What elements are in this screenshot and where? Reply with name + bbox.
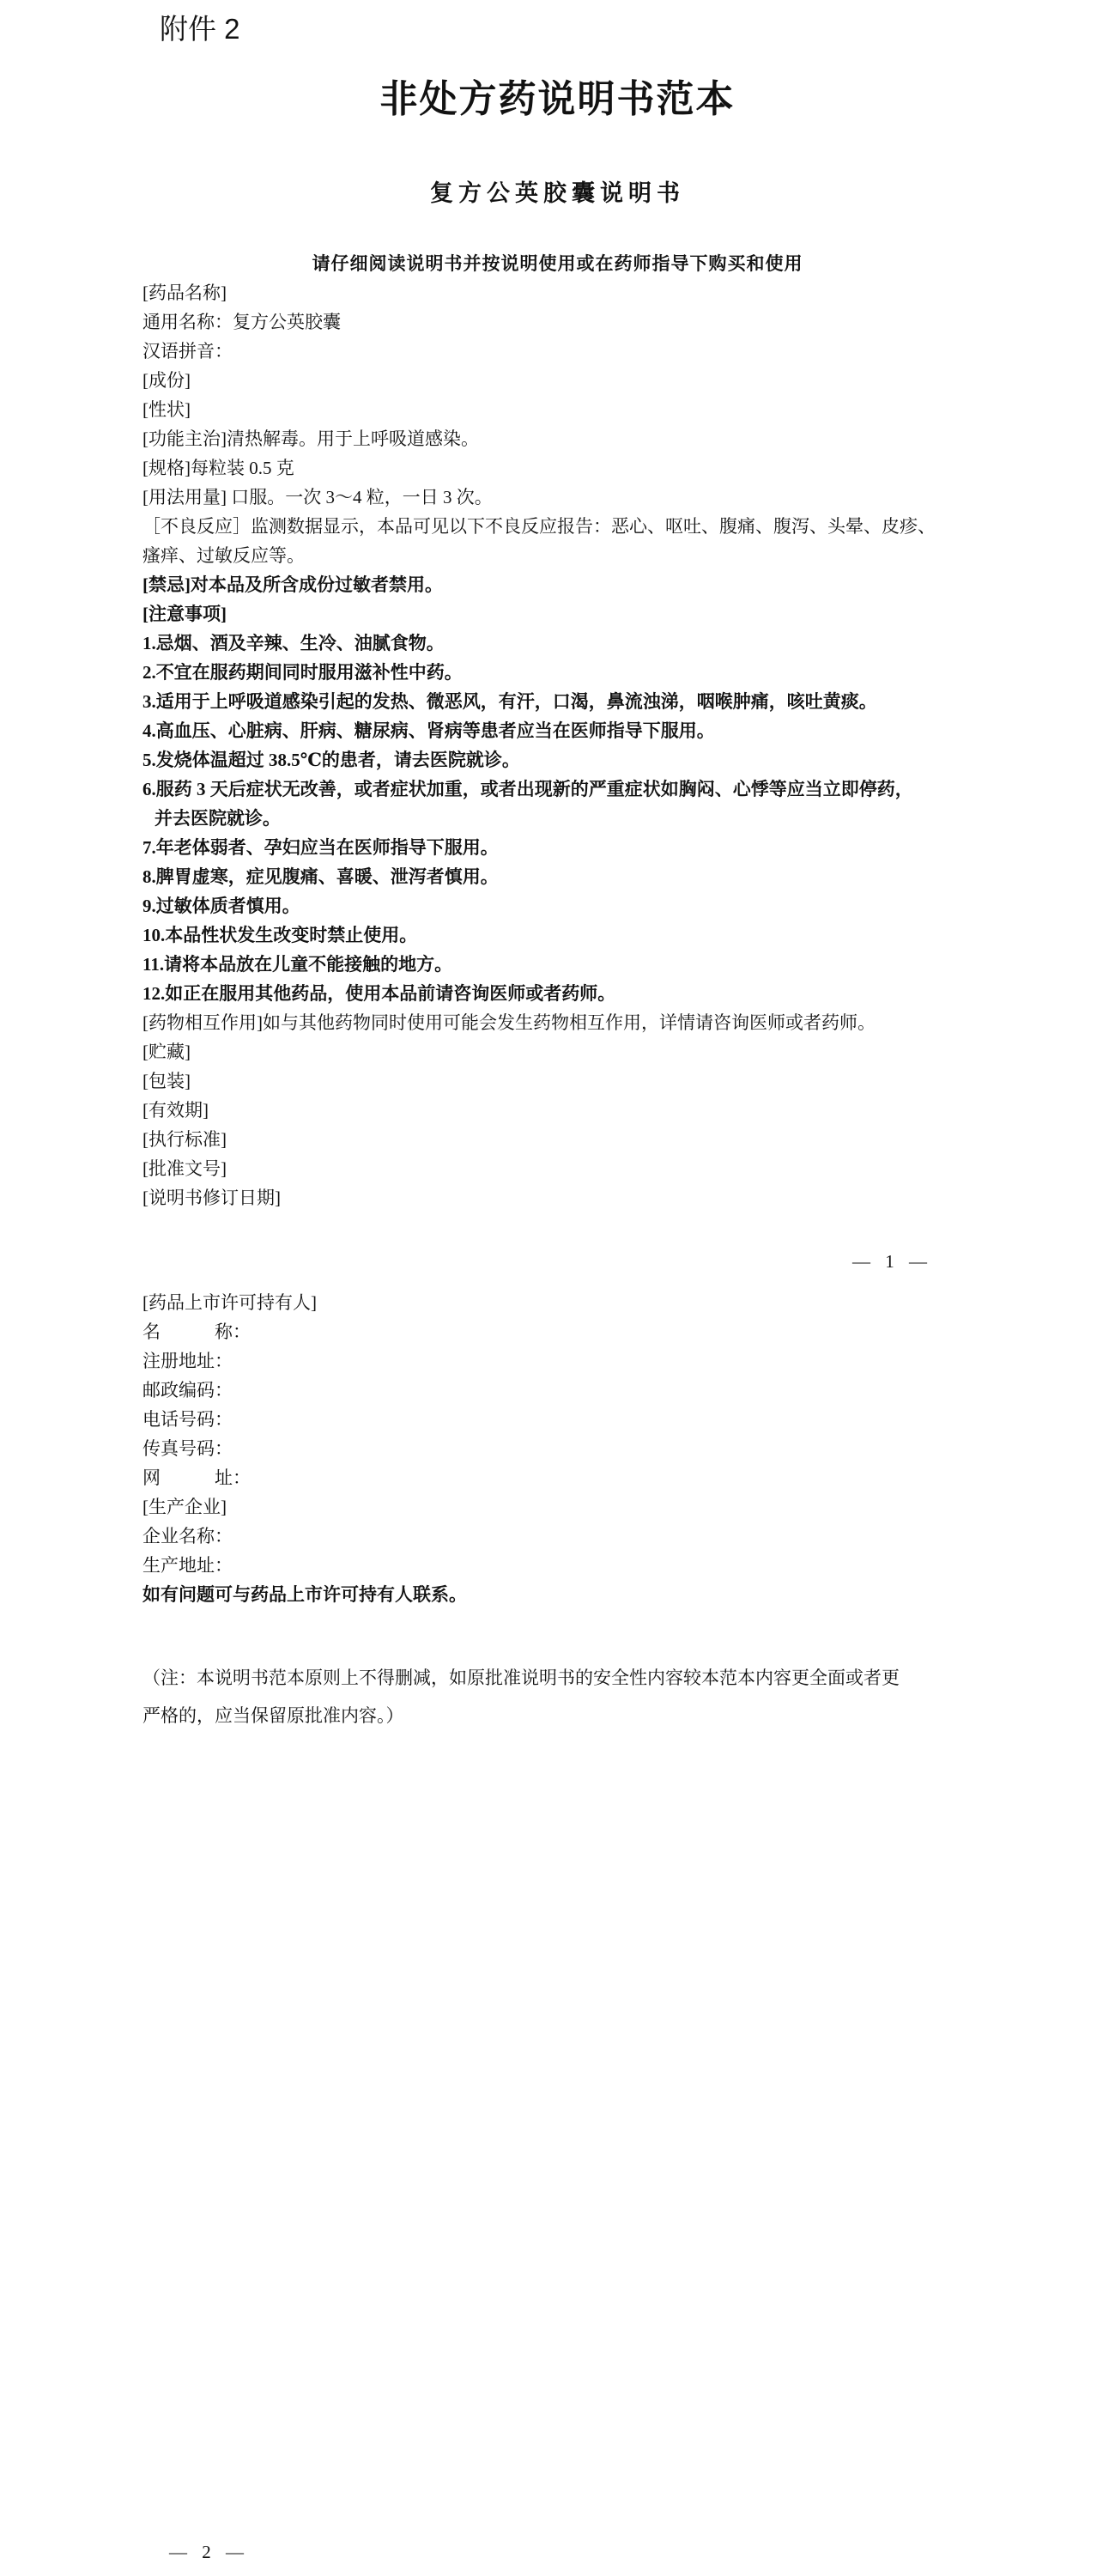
precaution-4: 4.高血压、心脏病、肝病、糖尿病、肾病等患者应当在医师指导下服用。 [142,716,1115,745]
precaution-11: 11.请将本品放在儿童不能接触的地方。 [142,950,1115,979]
mah-postcode: 邮政编码： [142,1376,1115,1405]
precaution-5: 5.发烧体温超过 38.5℃的患者，请去医院就诊。 [142,745,1115,775]
mah-reg-address: 注册地址： [142,1346,1115,1376]
mah-phone: 电话号码： [142,1405,1115,1434]
contact-note: 如有问题可与药品上市许可持有人联系。 [142,1580,1115,1609]
precaution-2: 2.不宜在服药期间同时服用滋补性中药。 [142,658,1115,687]
precaution-7: 7.年老体弱者、孕妇应当在医师指导下服用。 [142,833,1115,862]
drug-leaflet-title: 复方公英胶囊说明书 [0,179,1115,208]
document-page: 附件 2 非处方药说明书范本 复方公英胶囊说明书 请仔细阅读说明书并按说明使用或… [0,0,1115,2576]
adverse-reactions: ［不良反应］监测数据显示，本品可见以下不良反应报告：恶心、呕吐、腹痛、腹泻、头晕… [142,512,1115,541]
drug-interactions: [药物相互作用]如与其他药物同时使用可能会发生药物相互作用，详情请咨询医师或者药… [142,1008,1115,1037]
mah-fax: 传真号码： [142,1434,1115,1463]
revision-date-label: [说明书修订日期] [142,1183,1115,1212]
mah-label: [药品上市许可持有人] [142,1288,1115,1317]
pinyin-label: 汉语拼音： [142,337,1115,366]
attachment-label: 附件 2 [160,12,1115,46]
generic-name: 通用名称：复方公英胶囊 [142,307,1115,337]
adverse-reactions-cont: 瘙痒、过敏反应等。 [142,541,1115,570]
note-line-2: 严格的，应当保留原批准内容。） [142,1697,1115,1735]
approval-number-label: [批准文号] [142,1154,1115,1183]
note-line-1: （注：本说明书范本原则上不得删减，如原批准说明书的安全性内容较本范本内容更全面或… [142,1659,1115,1697]
mah-website: 网 址： [142,1463,1115,1492]
specification: [规格]每粒装 0.5 克 [142,453,1115,483]
precaution-12: 12.如正在服用其他药品，使用本品前请咨询医师或者药师。 [142,979,1115,1008]
precaution-6-cont: 并去医院就诊。 [155,804,1115,833]
manufacturer-address: 生产地址： [142,1551,1115,1580]
storage-label: [贮藏] [142,1037,1115,1066]
contraindications: [禁忌]对本品及所含成份过敏者禁用。 [142,570,1115,599]
validity-label: [有效期] [142,1096,1115,1125]
precaution-3: 3.适用于上呼吸道感染引起的发热、微恶风，有汗，口渴，鼻流浊涕，咽喉肿痛，咳吐黄… [142,687,1115,716]
manufacturer-name: 企业名称： [142,1522,1115,1551]
precaution-6: 6.服药 3 天后症状无改善，或者症状加重，或者出现新的严重症状如胸闷、心悸等应… [142,775,1115,804]
precaution-9: 9.过敏体质者慎用。 [142,891,1115,920]
usage-notice: 请仔细阅读说明书并按说明使用或在药师指导下购买和使用 [0,249,1115,278]
manufacturer-label: [生产企业] [142,1492,1115,1522]
editorial-note: （注：本说明书范本原则上不得删减，如原批准说明书的安全性内容较本范本内容更全面或… [0,1659,1115,1735]
drug-name-label: [药品名称] [142,278,1115,307]
precaution-8: 8.脾胃虚寒，症见腹痛、喜暖、泄泻者慎用。 [142,862,1115,891]
standard-label: [执行标准] [142,1125,1115,1154]
packaging-label: [包装] [142,1066,1115,1096]
precaution-10: 10.本品性状发生改变时禁止使用。 [142,920,1115,950]
precautions-label: [注意事项] [142,599,1115,629]
precaution-1: 1.忌烟、酒及辛辣、生冷、油腻食物。 [142,629,1115,658]
holder-section: [药品上市许可持有人] 名 称： 注册地址： 邮政编码： 电话号码： 传真号码：… [0,1288,1115,1609]
document-title: 非处方药说明书范本 [0,79,1115,120]
leaflet-body: [药品名称] 通用名称：复方公英胶囊 汉语拼音： [成份] [性状] [功能主治… [0,278,1115,1212]
page-1-number: — 1 — [852,1247,1115,1276]
page-2-number: — 2 — [169,2537,1115,2567]
functions-indications: [功能主治]清热解毒。用于上呼吸道感染。 [142,424,1115,453]
dosage-administration: [用法用量] 口服。一次 3～4 粒，一日 3 次。 [142,483,1115,512]
ingredients-label: [成份] [142,366,1115,395]
properties-label: [性状] [142,395,1115,424]
mah-name: 名 称： [142,1317,1115,1346]
